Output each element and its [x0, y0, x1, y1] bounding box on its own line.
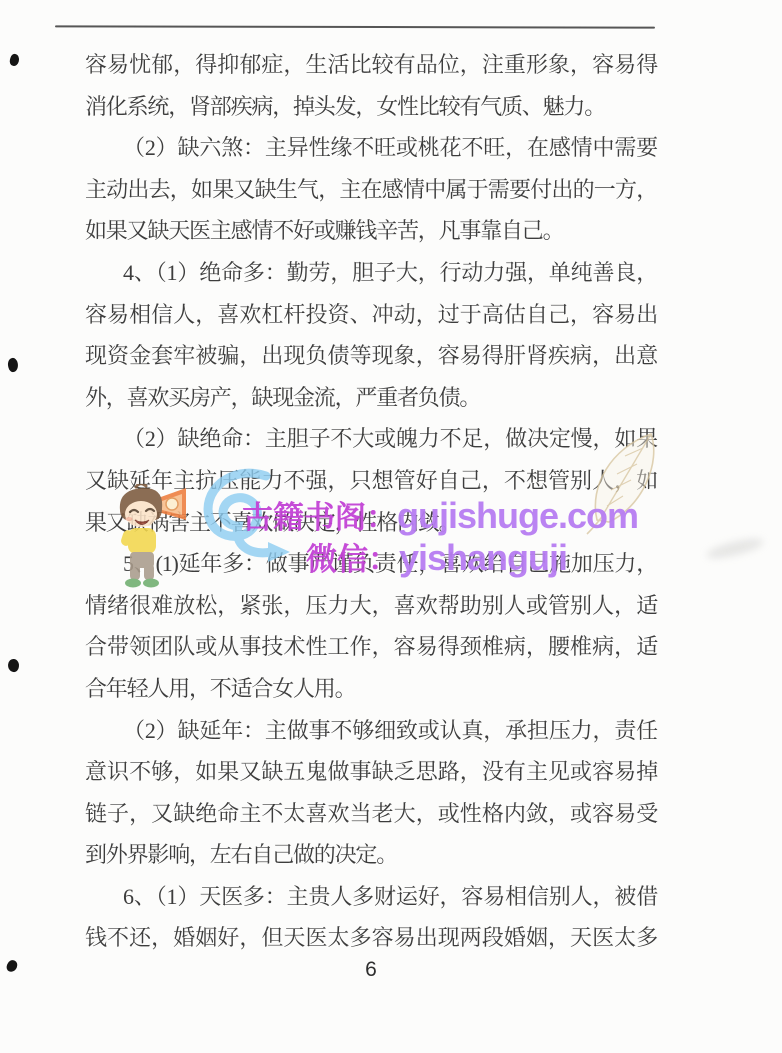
watermark-wechat: 微信：yishanguji: [306, 534, 567, 579]
text-line: 意识不够，如果又缺五鬼做事缺乏思路，没有主见或容易掉: [85, 751, 657, 793]
text-line: 合年轻人用，不适合女人用。: [85, 668, 657, 710]
watermark-site-domain-latin: gujishuge.com: [397, 495, 638, 536]
scan-speck: [9, 53, 21, 67]
text-line: 6、（1）天医多：主贵人多财运好，容易相信别人，被借: [85, 876, 657, 918]
text-line: 链子，又缺绝命主不太喜欢当老大，或性格内敛，或容易受: [85, 793, 657, 835]
text-line: 容易相信人，喜欢杠杆投资、冲动，过于高估自己，容易出: [85, 294, 657, 336]
page-number: 6: [85, 958, 657, 982]
text-line: 钱不还，婚姻好，但天医太多容易出现两段婚姻，天医太多: [85, 917, 657, 959]
scan-speck: [7, 357, 20, 373]
text-line: 4、（1）绝命多：勤劳，胆子大，行动力强，单纯善良，: [85, 252, 657, 294]
watermark-site-label-cn: 古籍书阁：: [242, 500, 397, 535]
top-rule-line: [55, 25, 655, 28]
text-line: 如果又缺天医主感情不好或赚钱辛苦，凡事靠自己。: [85, 210, 657, 252]
text-line: 现资金套牢被骗，出现负债等现象，容易得肝肾疾病，出意: [85, 335, 657, 377]
text-line: 到外界影响，左右自己做的决定。: [85, 834, 657, 876]
text-line: 主动出去，如果又缺生气，主在感情中属于需要付出的一方，: [85, 169, 657, 211]
text-line: （2）缺六煞：主异性缘不旺或桃花不旺，在感情中需要: [85, 127, 657, 169]
scan-speck: [5, 959, 19, 974]
watermark-site: 古籍书阁：gujishuge.com: [242, 492, 638, 537]
text-line: 容易忧郁，得抑郁症，生活比较有品位，注重形象，容易得: [85, 44, 657, 86]
text-line: 合带领团队或从事技术性工作，容易得颈椎病，腰椎病，适: [85, 626, 657, 668]
scan-smudge: [705, 535, 764, 562]
text-line: （2）缺延年：主做事不够细致或认真，承担压力，责任: [85, 710, 657, 752]
text-line: （2）缺绝命：主胆子不大或魄力不足，做决定慢，如果: [85, 418, 657, 460]
text-line: 消化系统，肾部疾病，掉头发，女性比较有气质、魅力。: [85, 86, 657, 128]
scan-speck: [7, 658, 20, 672]
scanned-document-page: 容易忧郁，得抑郁症，生活比较有品位，注重形象，容易得消化系统，肾部疾病，掉头发，…: [0, 0, 782, 1053]
text-line: 外，喜欢买房产，缺现金流，严重者负债。: [85, 377, 657, 419]
watermark-wechat-label-cn: 微信：: [306, 542, 399, 577]
watermark-wechat-id-latin: yishanguji: [399, 537, 567, 578]
